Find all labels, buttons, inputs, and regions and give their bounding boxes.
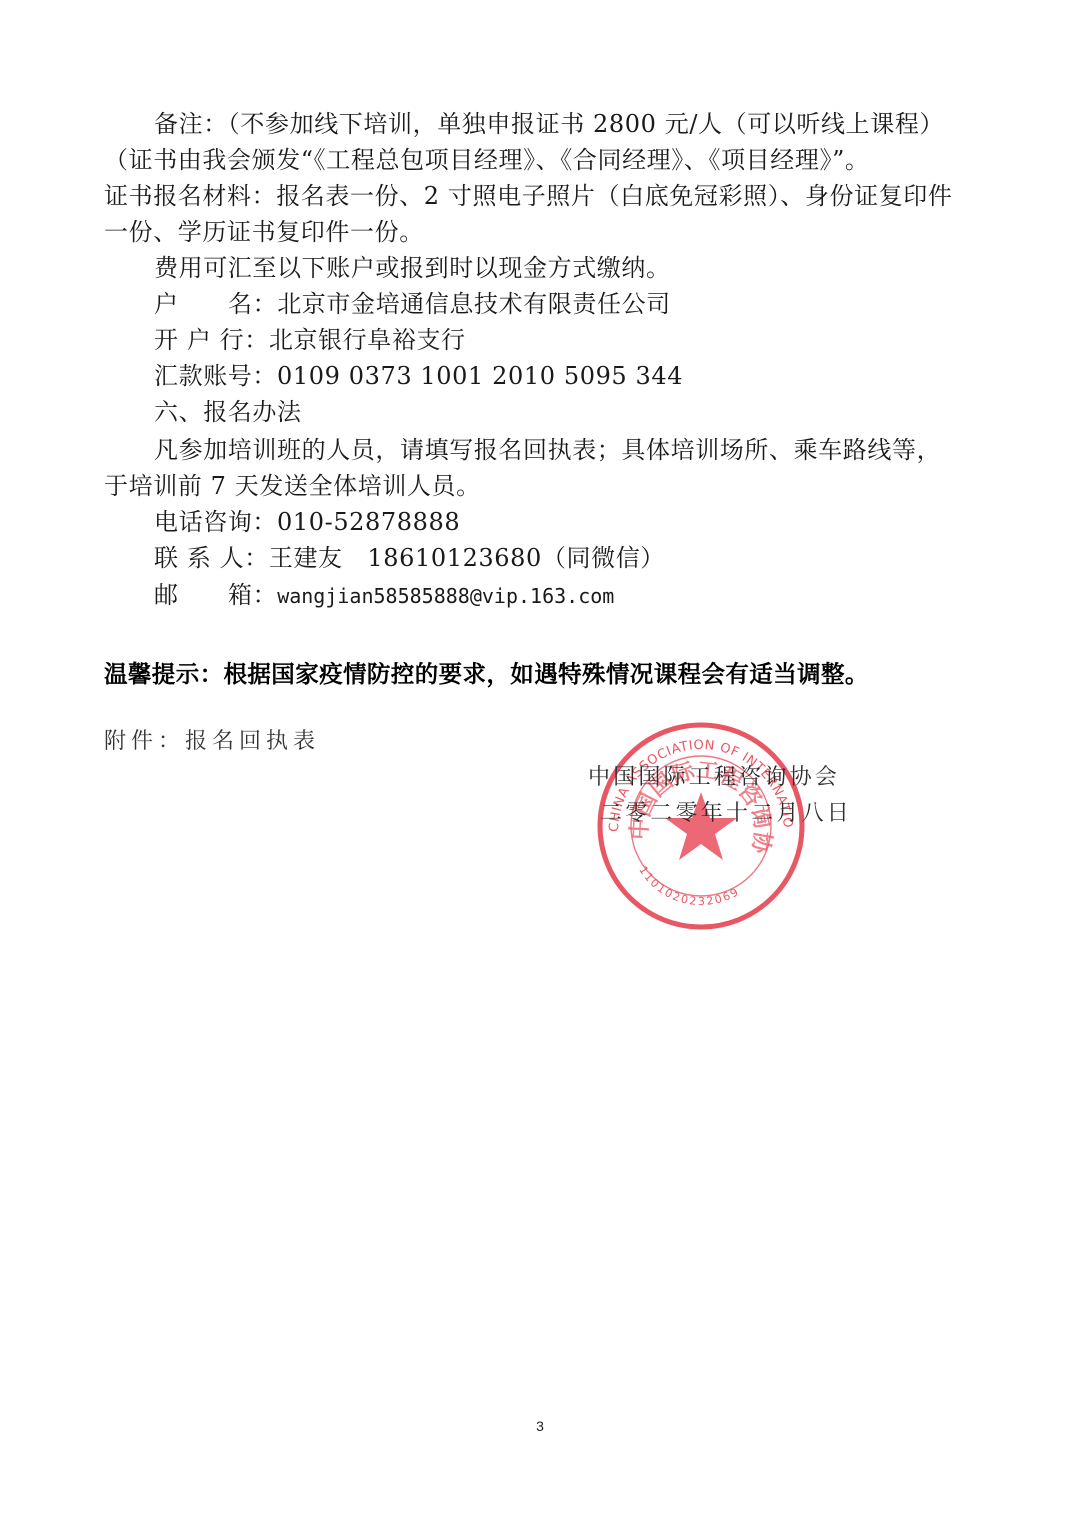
note-line-1: 备注：（不参加线下培训，单独申报证书 2800 元/人（可以听线上课程） (154, 106, 944, 142)
account-name-row: 户 名：北京市金培通信息技术有限责任公司 (154, 286, 671, 322)
signature-date: 二零二零年十二月八日 (600, 796, 852, 827)
account-name-value: 北京市金培通信息技术有限责任公司 (277, 290, 671, 318)
contact-person-value: 王建友 18610123680（同微信） (269, 544, 665, 572)
account-number-row: 汇款账号：0109 0373 1001 2010 5095 344 (154, 358, 683, 394)
account-number-value: 0109 0373 1001 2010 5095 344 (277, 362, 683, 390)
section-six-body-2: 于培训前 7 天发送全体培训人员。 (104, 468, 481, 504)
note-line-2: （证书由我会颁发“《工程总包项目经理》、《合同经理》、《项目经理》”。 (104, 142, 870, 178)
note-line-3: 证书报名材料：报名表一份、2 寸照电子照片（白底免冠彩照）、身份证复印件 (104, 178, 953, 214)
bank-label: 开 户 行： (154, 326, 269, 354)
epidemic-notice: 温馨提示：根据国家疫情防控的要求，如遇特殊情况课程会有适当调整。 (104, 656, 869, 692)
phone-label: 电话咨询： (154, 508, 277, 536)
bank-row: 开 户 行：北京银行阜裕支行 (154, 322, 466, 358)
signature-organization: 中国国际工程咨询协会 (588, 760, 840, 791)
payment-intro: 费用可汇至以下账户或报到时以现金方式缴纳。 (154, 250, 671, 286)
contact-person-label: 联 系 人： (154, 544, 269, 572)
email-value: wangjian58585888@vip.163.com (277, 584, 614, 608)
document-page: 备注：（不参加线下培训，单独申报证书 2800 元/人（可以听线上课程） （证书… (0, 0, 1080, 1527)
attachment-line: 附件：报名回执表 (104, 724, 320, 760)
section-six-heading: 六、报名办法 (154, 394, 302, 430)
phone-value: 010-52878888 (277, 508, 460, 536)
seal-code-text: 1101020232069 (636, 864, 742, 908)
note-line-4: 一份、学历证书复印件一份。 (104, 214, 424, 250)
account-number-label: 汇款账号： (154, 362, 277, 390)
page-number: 3 (0, 1418, 1080, 1434)
section-six-body-1: 凡参加培训班的人员，请填写报名回执表；具体培训场所、乘车路线等， (154, 432, 941, 468)
phone-row: 电话咨询：010-52878888 (154, 504, 460, 540)
bank-value: 北京银行阜裕支行 (269, 326, 466, 354)
email-row: 邮 箱：wangjian58585888@vip.163.com (154, 577, 614, 613)
contact-person-row: 联 系 人：王建友 18610123680（同微信） (154, 540, 665, 576)
account-name-label: 户 名： (154, 286, 277, 322)
email-label: 邮 箱： (154, 581, 277, 609)
